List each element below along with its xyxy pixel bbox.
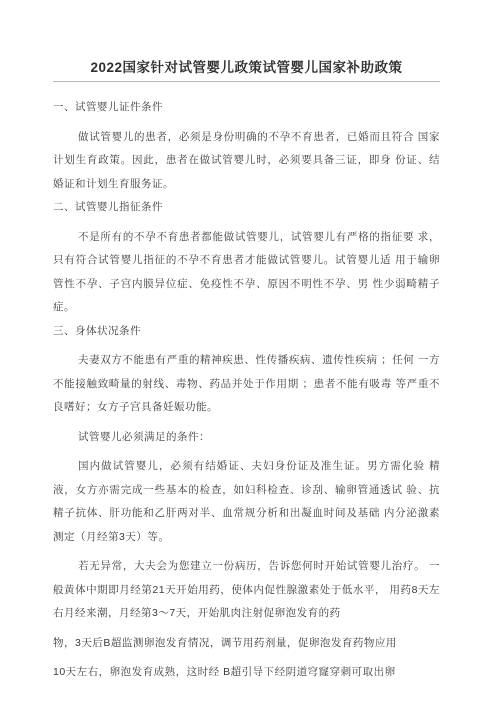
section-2-paragraph-1: 不是所有的不孕不育患者都能做试管婴儿，试管婴儿有严格的指征要 求，只有符合试管婴…: [53, 226, 440, 320]
section-1-heading: 一、试管婴儿证件条件: [53, 96, 440, 120]
section-certificate-conditions: 一、试管婴儿证件条件 做试管婴儿的患者，必须是身份明确的不孕不育患者，已婚而且符…: [53, 96, 440, 196]
section-indication-conditions: 二、试管婴儿指征条件 不是所有的不孕不育患者都能做试管婴儿，试管婴儿有严格的指征…: [53, 196, 440, 320]
section-3-paragraph-5: 物，3天后B超监测卵泡发育情况，调节用药剂量，促卵泡发育药物应用: [53, 632, 440, 656]
section-3-paragraph-3: 国内做试管婴儿，必须有结婚证、夫妇身份证及准生证。男方需化验 精液，女方亦需完成…: [53, 455, 440, 549]
section-3-paragraph-2: 试管婴儿必须满足的条件：: [53, 426, 440, 450]
section-3-paragraph-1: 夫妻双方不能患有严重的精神疾患、性传播疾病、遗传性疾病 ；任何 一方不能接触致畸…: [53, 349, 440, 420]
section-3-paragraph-6: 10天左右，卵泡发育成熟，这时经 B超引导下经阴道穹窿穿刺可取出卵: [53, 661, 440, 685]
section-physical-conditions: 三、身体状况条件 夫妻双方不能患有严重的精神疾患、性传播疾病、遗传性疾病 ；任何…: [53, 320, 440, 685]
document-body: 2022国家针对试管婴儿政策试管婴儿国家补助政策 一、试管婴儿证件条件 做试管婴…: [0, 0, 500, 685]
section-3-heading: 三、身体状况条件: [53, 320, 440, 344]
document-page: 2022国家针对试管婴儿政策试管婴儿国家补助政策 一、试管婴儿证件条件 做试管婴…: [0, 0, 500, 708]
section-1-paragraph-1: 做试管婴儿的患者，必须是身份明确的不孕不育患者，已婚而且符合 国家计划生育政策。…: [53, 126, 440, 197]
section-3-paragraph-4: 若无异常，大夫会为您建立一份病历，告诉您何时开始试管婴儿治疗。 一般黄体中期即月…: [53, 555, 440, 626]
section-2-heading: 二、试管婴儿指征条件: [53, 196, 440, 220]
document-title: 2022国家针对试管婴儿政策试管婴儿国家补助政策: [53, 56, 440, 82]
